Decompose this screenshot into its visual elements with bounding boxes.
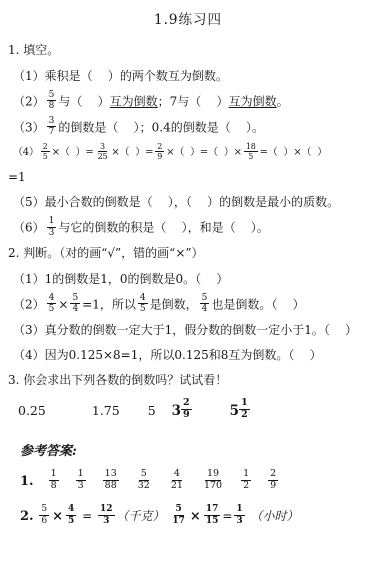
section1-heading: 1. 填空。 [8,40,368,60]
text-segment: 的倒数是（ ）；0.4的倒数是（ ）。 [58,120,264,134]
text-segment: ×（ ）= [52,147,94,158]
fraction: 45 [66,504,76,526]
text-segment: 5 [148,403,156,418]
answers-heading: 参考答案: [20,440,368,459]
text-segment: × [190,509,201,524]
text-segment: 互为倒数 [110,94,158,108]
text-segment: =1，所以 [82,297,136,311]
text-segment: 1. [20,469,34,495]
fraction: 421 [169,469,185,492]
fraction: 45 [138,293,148,315]
fill-blank-item-3: （3）37的倒数是（ ）；0.4的倒数是（ ）。 [8,117,368,139]
text-segment: （6） [13,221,45,235]
fraction: 517 [170,504,187,526]
text-segment: 2. [20,509,34,524]
mixed-number: 512 [230,399,250,422]
section2-heading: 2. 判断。（对的画“√”，错的画“×”） [8,243,368,263]
fraction: 29 [181,398,192,421]
text-segment: × [58,297,68,311]
section3-heading: 3. 你会求出下列各数的倒数吗？试试看！ [8,370,368,390]
fraction: 37 [47,116,57,138]
text-segment: （千克） [117,509,165,523]
fraction: 123 [98,504,115,526]
text-segment: ；7与（ ） [158,94,229,108]
fraction: 56 [39,504,49,526]
fraction: 29 [155,142,164,161]
worksheet-title: 1.9练习四 [8,8,368,28]
worksheet-page: 1.9练习四 1. 填空。 （1）乘积是（ ）的两个数互为倒数。 （2）58与（… [0,0,376,571]
text-segment: ×（ ）=（ ）× [166,147,242,158]
text-segment [165,509,169,523]
text-segment: （3）真分数的倒数一定大于1，假分数的倒数一定小于1。（ ） [13,323,357,337]
fraction: 54 [70,293,80,315]
fraction: 1715 [204,504,221,526]
fill-blank-item-4-continued: =1 [8,167,368,188]
text-segment: 也是倒数。（ ） [211,297,304,311]
fraction: 29 [268,469,278,492]
fill-blank-item-2: （2）58与（ ）互为倒数；7与（ ）互为倒数。 [8,91,368,113]
text-segment: = [222,509,232,523]
fraction: 12 [239,398,250,421]
fill-blank-item-5: （5）最小合数的倒数是（ ），（ ）的倒数是最小的质数。 [8,192,368,213]
text-segment: 与（ ） [58,94,109,108]
text-segment: （5）最小合数的倒数是（ ），（ ）的倒数是最小的质数。 [13,195,339,209]
fraction: 185 [244,142,258,161]
text-segment: 1.75 [92,403,120,418]
text-segment: （4）因为0.125×8=1，所以0.125和8互为倒数。（ ） [13,348,322,362]
text-segment: （1）乘积是（ ）的两个数互为倒数。 [13,69,228,83]
text-segment: =（ ）×（ ） [260,147,327,158]
fraction: 1388 [103,469,119,492]
text-segment: =1 [8,170,26,184]
text-segment: （4） [13,147,39,158]
text-segment: 是倒数， [150,297,198,311]
judge-item-3: （3）真分数的倒数一定大于1，假分数的倒数一定小于1。（ ） [8,320,368,341]
text-segment: （2） [13,297,45,311]
answer-line-1: 1.18131388532421191701229 [20,469,368,495]
fraction: 13 [47,216,57,238]
fraction: 58 [47,90,57,112]
fraction: 25 [41,142,50,161]
text-segment: = [78,509,96,523]
text-segment: （小时） [247,509,299,523]
text-segment [34,509,38,523]
answer-line-2: 2. 56×45 = 123（千克） 517×1715=13 （小时） [20,503,368,530]
mixed-number: 329 [172,399,192,422]
text-segment: （2） [13,94,45,108]
text-segment: （1）1的倒数是1，0的倒数是0。（ ） [13,272,228,286]
text-segment: × [52,509,63,524]
fraction: 12 [241,469,251,492]
fill-blank-item-6: （6）13与它的倒数的积是（ ），和是（ ）。 [8,217,368,239]
text-segment: 。 [277,94,289,108]
judge-item-4: （4）因为0.125×8=1，所以0.125和8互为倒数。（ ） [8,345,368,366]
text-segment: 与它的倒数的积是（ ），和是（ ）。 [58,221,269,235]
answers-section: 参考答案: 1.18131388532421191701229 2. 56×45… [8,440,368,530]
fill-blank-item-1: （1）乘积是（ ）的两个数互为倒数。 [8,66,368,87]
numbers-row: 0.251.755329512 [8,396,368,426]
text-segment: ×（ ）= [111,147,153,158]
text-segment: 0.25 [18,403,46,418]
fraction: 18 [49,469,59,492]
fraction: 532 [136,469,152,492]
fraction: 13 [234,504,244,526]
fraction: 54 [200,293,210,315]
fraction: 45 [47,293,57,315]
fraction: 13 [76,469,86,492]
fraction: 325 [96,142,110,161]
text-segment: 互为倒数 [229,94,277,108]
fill-blank-item-4: （4）25×（ ）=325×（ ）=29×（ ）=（ ）×185=（ ）×（ ） [8,142,368,163]
judge-item-1: （1）1的倒数是1，0的倒数是0。（ ） [8,269,368,290]
judge-item-2: （2）45×54=1，所以45是倒数，54也是倒数。（ ） [8,294,368,316]
fraction: 19170 [202,469,224,492]
text-segment: （3） [13,120,45,134]
